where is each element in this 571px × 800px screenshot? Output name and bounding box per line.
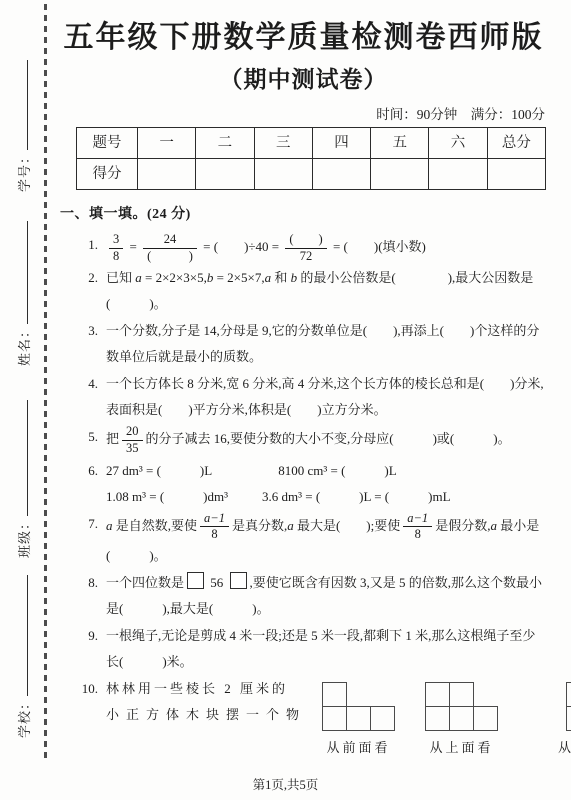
questions-list: 1.38 = 24( ) = ( )÷40 = ( )72 = ( )(填小数)… (60, 232, 547, 755)
fraction-numerator: 20 (122, 424, 143, 441)
student-name-blank-line[interactable] (12, 221, 28, 324)
question-7: 7.a 是自然数,要使a−18是真分数,a 最大是( );要使a−18是假分数,… (60, 511, 547, 569)
view-label: 从前面看 (326, 740, 390, 755)
fraction-numerator: 24 (143, 232, 197, 249)
school-blank-line[interactable] (12, 575, 28, 696)
score-table: 题号一二三四五六总分得分 (76, 127, 546, 190)
grid-cell (370, 706, 395, 731)
fraction-numerator: a−1 (200, 511, 229, 528)
score-table-score-row: 得分 (77, 159, 546, 190)
student-name-field: 姓名： (12, 221, 32, 366)
question-text: 38 = 24( ) = ( )÷40 = ( )72 = ( )(填小数) (106, 232, 547, 264)
fraction-numerator: ( ) (285, 232, 326, 249)
grid-cell (449, 682, 474, 707)
question-number: 2. (72, 265, 98, 317)
question-text: 一个长方体长 8 分米,宽 6 分米,高 4 分米,这个长方体的棱长总和是( )… (106, 371, 547, 423)
score-table-header-cell: 题号 (77, 128, 138, 159)
question-text-run: 是假分数, (435, 518, 490, 533)
section-title: 一、填一填。(24 分) (60, 202, 547, 228)
question-text-run: = 2×5×7, (213, 270, 264, 285)
class-label: 班级： (12, 516, 38, 558)
question-text: 林林用一些棱长 2 厘米的小正方体木块摆一个物 (106, 676, 318, 755)
score-table-header-cell: 六 (429, 128, 487, 159)
score-table-header-cell: 总分 (487, 128, 545, 159)
question-text-run: 3.6 dm³ = ( )L = ( )mL (262, 489, 451, 504)
fraction-denominator: 8 (403, 527, 432, 543)
fraction: ( )72 (285, 232, 326, 264)
grid-cell (473, 706, 498, 731)
score-table-header-cell: 三 (254, 128, 312, 159)
fraction: a−18 (200, 511, 229, 543)
view-grid (425, 682, 498, 731)
score-table-header-cell: 二 (196, 128, 254, 159)
question-text-run: 1.08 m³ = ( )dm³ (106, 489, 228, 504)
fraction-denominator: ( ) (143, 249, 197, 265)
question-text-run: 林林用一些棱长 2 厘米的 (106, 681, 288, 696)
grid-cell (425, 706, 450, 731)
student-id-label: 学号： (12, 150, 38, 192)
grid-cell (566, 706, 571, 731)
score-table-header-cell: 一 (138, 128, 196, 159)
projection-view-1: 从前面看 (322, 682, 395, 755)
exam-content: 五年级下册数学质量检测卷西师版 （期中测试卷） 时间：90分钟 满分：100分 … (60, 20, 547, 755)
question-text-run: 一个长方体长 8 分米,宽 6 分米,高 4 分米,这个长方体的棱长总和是( )… (106, 376, 544, 417)
fraction: a−18 (403, 511, 432, 543)
question-text-run: = (126, 239, 140, 254)
question-text: 27 dm³ = ( )L8100 cm³ = ( )L1.08 m³ = ( … (106, 458, 547, 510)
question-text: 已知 a = 2×2×3×5,b = 2×5×7,a 和 b 的最小公倍数是( … (106, 265, 547, 317)
score-cell-blank[interactable] (487, 159, 545, 190)
question-text: a 是自然数,要使a−18是真分数,a 最大是( );要使a−18是假分数,a … (106, 511, 547, 569)
class-blank-line[interactable] (12, 400, 28, 516)
view-grid (566, 682, 571, 731)
grid-cell (322, 706, 347, 731)
question-10: 10.林林用一些棱长 2 厘米的小正方体木块摆一个物从前面看从上面看从右面看 (60, 676, 547, 755)
school-field: 学校： (12, 575, 32, 738)
question-9: 9.一根绳子,无论是剪成 4 米一段;还是 5 米一段,都剩下 1 米,那么这根… (60, 623, 547, 675)
exam-page: 学号： 姓名： 班级： 学校： 五年级下册数学质量检测卷西师版 （期中测试卷） … (0, 0, 571, 800)
view-label: 从右面看 (558, 740, 571, 755)
projection-view-3: 从右面看 (558, 682, 571, 755)
column-gap (228, 500, 262, 501)
fraction: 2035 (122, 424, 143, 456)
question-text-run: 是自然数,要使 (113, 518, 198, 533)
question-text-run: 小正方体木块摆一个物 (106, 707, 306, 722)
grid-cell (322, 682, 347, 707)
question-text-run: = 2×2×3×5, (142, 270, 207, 285)
question-text-run: = ( )÷40 = (200, 239, 282, 254)
question-text-run: 是真分数, (232, 518, 287, 533)
score-table-header-row: 题号一二三四五六总分 (77, 128, 546, 159)
question-text-run: 一个分数,分子是 14,分母是 9,它的分数单位是( ),再添上( )个这样的分… (106, 323, 539, 364)
score-cell-blank[interactable] (312, 159, 370, 190)
score-row-label: 得分 (77, 159, 138, 190)
fraction-numerator: 3 (109, 232, 123, 249)
fraction-denominator: 8 (200, 527, 229, 543)
class-field: 班级： (12, 400, 32, 558)
question-number: 6. (72, 458, 98, 510)
question-8: 8.一个四位数是 56 ,要使它既含有因数 3,又是 5 的倍数,那么这个数最小… (60, 570, 547, 622)
score-cell-blank[interactable] (196, 159, 254, 190)
question-text: 把2035的分子减去 16,要使分数的大小不变,分母应( )或( )。 (106, 424, 547, 456)
score-table-header-cell: 五 (371, 128, 429, 159)
exam-subtitle: （期中测试卷） (60, 66, 547, 94)
grid-cell (425, 682, 450, 707)
question-text-run: 已知 (106, 270, 135, 285)
question-text-run: 一个四位数是 (106, 575, 184, 590)
question-text-run: 27 dm³ = ( )L (106, 463, 212, 478)
grid-cell (449, 706, 474, 731)
score-cell-blank[interactable] (429, 159, 487, 190)
fraction: 38 (109, 232, 123, 264)
question-3: 3.一个分数,分子是 14,分母是 9,它的分数单位是( ),再添上( )个这样… (60, 318, 547, 370)
page-number: 第1页,共5页 (0, 778, 571, 792)
question-number: 7. (72, 511, 98, 569)
time-and-score-meta: 时间：90分钟 满分：100分 (60, 106, 545, 124)
fraction: 24( ) (143, 232, 197, 264)
question-text-run: 把 (106, 431, 119, 446)
question-number: 9. (72, 623, 98, 675)
question-number: 1. (72, 232, 98, 264)
score-cell-blank[interactable] (254, 159, 312, 190)
question-5: 5.把2035的分子减去 16,要使分数的大小不变,分母应( )或( )。 (60, 424, 547, 456)
question-4: 4.一个长方体长 8 分米,宽 6 分米,高 4 分米,这个长方体的棱长总和是(… (60, 371, 547, 423)
blank-box[interactable] (230, 572, 247, 589)
question-text-run: 的分子减去 16,要使分数的大小不变,分母应( )或( )。 (146, 431, 511, 446)
student-name-label: 姓名： (12, 324, 38, 366)
score-cell-blank[interactable] (371, 159, 429, 190)
blank-box[interactable] (187, 572, 204, 589)
question-text-run: 一根绳子,无论是剪成 4 米一段;还是 5 米一段,都剩下 1 米,那么这根绳子… (106, 628, 535, 669)
student-id-blank-line[interactable] (12, 60, 28, 150)
exam-title: 五年级下册数学质量检测卷西师版 (60, 20, 547, 56)
score-cell-blank[interactable] (138, 159, 196, 190)
question-text-run: 56 (207, 575, 227, 590)
student-id-field: 学号： (12, 60, 32, 192)
fraction-denominator: 8 (109, 249, 123, 265)
fraction-numerator: a−1 (403, 511, 432, 528)
fraction-denominator: 35 (122, 441, 143, 457)
question-text: 一个四位数是 56 ,要使它既含有因数 3,又是 5 的倍数,那么这个数最小是(… (106, 570, 547, 622)
binding-dashed-line (44, 4, 47, 762)
question-2: 2.已知 a = 2×2×3×5,b = 2×5×7,a 和 b 的最小公倍数是… (60, 265, 547, 317)
view-label: 从上面看 (429, 740, 493, 755)
question-text: 一根绳子,无论是剪成 4 米一段;还是 5 米一段,都剩下 1 米,那么这根绳子… (106, 623, 547, 675)
column-gap (212, 474, 278, 475)
view-grid (322, 682, 395, 731)
projection-views: 从前面看从上面看从右面看 (322, 676, 571, 755)
score-table-header-cell: 四 (312, 128, 370, 159)
question-number: 4. (72, 371, 98, 423)
question-text-run: 最大是( );要使 (294, 518, 401, 533)
fraction-denominator: 72 (285, 249, 326, 265)
question-number: 3. (72, 318, 98, 370)
question-text-run: 8100 cm³ = ( )L (278, 463, 396, 478)
projection-view-2: 从上面看 (425, 682, 498, 755)
question-number: 5. (72, 424, 98, 456)
question-text: 一个分数,分子是 14,分母是 9,它的分数单位是( ),再添上( )个这样的分… (106, 318, 547, 370)
question-6: 6.27 dm³ = ( )L8100 cm³ = ( )L1.08 m³ = … (60, 458, 547, 510)
question-text-run: = ( )(填小数) (330, 239, 426, 254)
question-number: 8. (72, 570, 98, 622)
question-number: 10. (72, 676, 98, 755)
question-1: 1.38 = 24( ) = ( )÷40 = ( )72 = ( )(填小数) (60, 232, 547, 264)
question-text-run: 和 (271, 270, 291, 285)
school-label: 学校： (12, 696, 38, 738)
grid-cell (566, 682, 571, 707)
grid-cell (346, 706, 371, 731)
